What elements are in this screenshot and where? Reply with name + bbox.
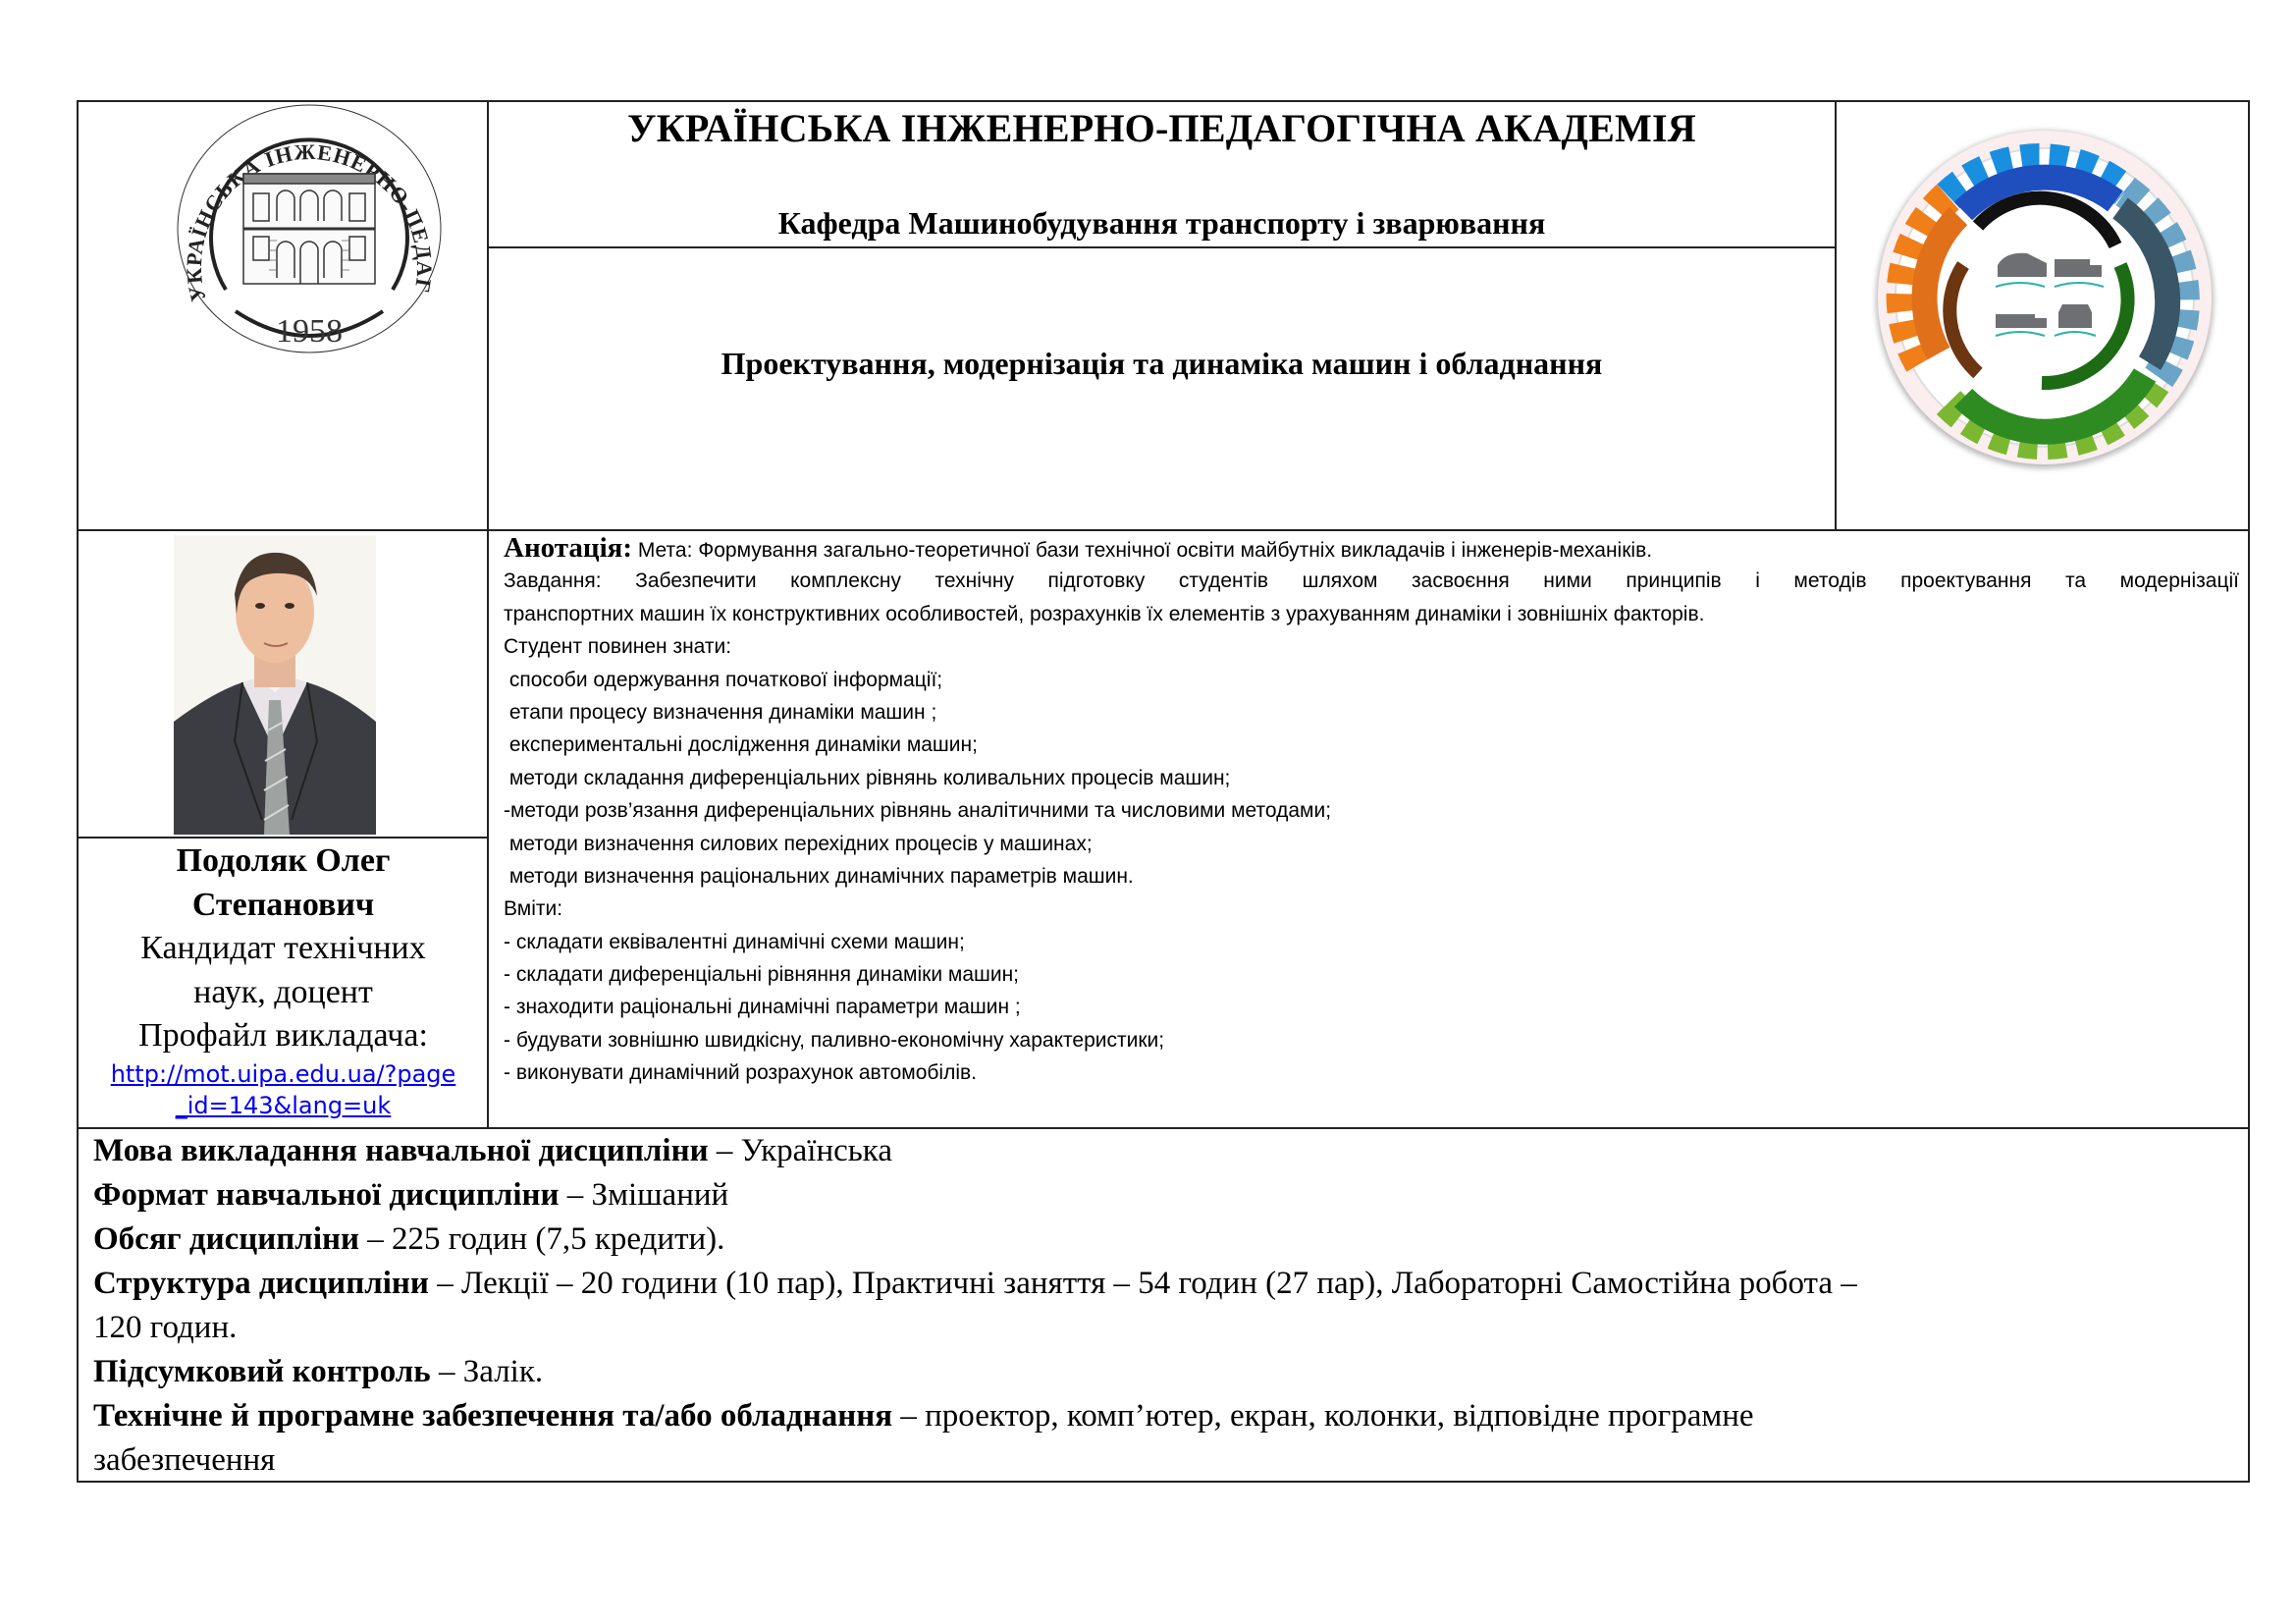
- skills-item: - складати еквівалентні динамічні схеми …: [504, 926, 2239, 958]
- equipment-row-cont: забезпечення: [93, 1438, 2233, 1483]
- control-label: Підсумковий контроль: [93, 1354, 431, 1389]
- svg-text:1958: 1958: [276, 313, 343, 350]
- know-heading: Студент повинен знати:: [504, 630, 2239, 663]
- teacher-degree-line2: наук, доцент: [79, 971, 488, 1015]
- teacher-profile-link[interactable]: http://mot.uipa.edu.ua/?page _id=143&lan…: [79, 1058, 488, 1121]
- teacher-portrait-icon: [174, 535, 376, 835]
- know-item: способи одержування початкової інформаці…: [504, 664, 2239, 696]
- structure-row-cont: 120 годин.: [93, 1306, 2233, 1350]
- equipment-label: Технічне й програмне забезпечення та/або…: [93, 1398, 892, 1434]
- annotation-label: Анотація:: [504, 532, 632, 564]
- annotation-goal-line: Анотація: Мета: Формування загально-теор…: [504, 532, 2239, 565]
- skills-item: - виконувати динамічний розрахунок автом…: [504, 1056, 2239, 1089]
- format-label: Формат навчальної дисципліни: [93, 1177, 560, 1213]
- teacher-photo: [174, 535, 376, 835]
- teacher-degree-line1: Кандидат технічних: [79, 927, 488, 971]
- teacher-info: Подоляк Олег Степанович Кандидат технічн…: [79, 839, 488, 1121]
- photo-divider: [77, 837, 488, 839]
- control-value: – Залік.: [431, 1354, 543, 1389]
- know-item: методи визначення силових перехідних про…: [504, 828, 2239, 860]
- annotation-section: Анотація: Мета: Формування загально-теор…: [504, 532, 2239, 1090]
- annotation-goal: Мета: Формування загально-теоретичної ба…: [632, 539, 1652, 562]
- table-border-top: [77, 100, 2250, 102]
- know-item: експериментальні дослідження динаміки ма…: [504, 729, 2239, 761]
- profile-link-line1[interactable]: http://mot.uipa.edu.ua/?page: [111, 1060, 456, 1088]
- language-label: Мова викладання навчальної дисципліни: [93, 1133, 709, 1168]
- academy-building-seal-icon: УКРАЇНСЬКА ІНЖЕНЕРНО-ПЕДАГОГІЧНА АКАДЕМІ…: [167, 103, 452, 353]
- skills-item: - складати диференціальні рівняння динам…: [504, 958, 2239, 991]
- know-item: етапи процесу визначення динаміки машин …: [504, 696, 2239, 729]
- profile-label: Профайл викладача:: [79, 1014, 488, 1058]
- teacher-name-line1: Подоляк Олег: [79, 839, 488, 884]
- know-item: методи визначення раціональних динамічни…: [504, 860, 2239, 893]
- know-item: методи складання диференціальних рівнянь…: [504, 762, 2239, 794]
- language-value: – Українська: [709, 1133, 892, 1168]
- department-logo: [1870, 118, 2218, 481]
- table-border-right: [2248, 100, 2250, 1483]
- equipment-value: – проектор, комп’ютер, екран, колонки, в…: [892, 1398, 1753, 1434]
- header-divider: [487, 246, 1836, 248]
- equipment-row: Технічне й програмне забезпечення та/або…: [93, 1394, 2233, 1438]
- department-title: Кафедра Машинобудування транспорту і зва…: [488, 201, 1836, 244]
- structure-row: Структура дисципліни – Лекції – 20 годин…: [93, 1262, 2233, 1306]
- university-logo: УКРАЇНСЬКА ІНЖЕНЕРНО-ПЕДАГОГІЧНА АКАДЕМІ…: [167, 103, 452, 353]
- format-value: – Змішаний: [560, 1177, 729, 1213]
- language-row: Мова викладання навчальної дисципліни – …: [93, 1129, 2233, 1173]
- row-divider-1: [77, 529, 2250, 531]
- structure-label: Структура дисципліни: [93, 1266, 429, 1301]
- university-title: УКРАЇНСЬКА ІНЖЕНЕРНО-ПЕДАГОГІЧНА АКАДЕМІ…: [488, 103, 1836, 154]
- table-border-left: [77, 100, 79, 1483]
- volume-row: Обсяг дисципліни – 225 годин (7,5 кредит…: [93, 1218, 2233, 1262]
- column-divider-right: [1835, 100, 1837, 530]
- annotation-task-line2: транспортних машин їх конструктивних осо…: [504, 598, 2239, 630]
- gear-transport-logo-icon: [1870, 118, 2218, 481]
- skills-heading: Вміти:: [504, 893, 2239, 925]
- know-item: -методи розв’язання диференціальних рівн…: [504, 794, 2239, 827]
- skills-item: - будувати зовнішню швидкісну, паливно-е…: [504, 1024, 2239, 1056]
- teacher-name-line2: Степанович: [79, 884, 488, 928]
- course-title: Проектування, модернізація та динаміка м…: [488, 342, 1836, 385]
- volume-label: Обсяг дисципліни: [93, 1221, 359, 1257]
- volume-value: – 225 годин (7,5 кредити).: [359, 1221, 724, 1257]
- control-row: Підсумковий контроль – Залік.: [93, 1350, 2233, 1394]
- profile-link-line2[interactable]: _id=143&lang=uk: [176, 1092, 392, 1119]
- skills-item: - знаходити раціональні динамічні параме…: [504, 991, 2239, 1023]
- format-row: Формат навчальної дисципліни – Змішаний: [93, 1173, 2233, 1218]
- course-info-section: Мова викладання навчальної дисципліни – …: [93, 1129, 2233, 1483]
- annotation-task-line1: Завдання: Забезпечити комплексну технічн…: [504, 565, 2239, 597]
- structure-value: – Лекції – 20 години (10 пар), Практичні…: [429, 1266, 1857, 1301]
